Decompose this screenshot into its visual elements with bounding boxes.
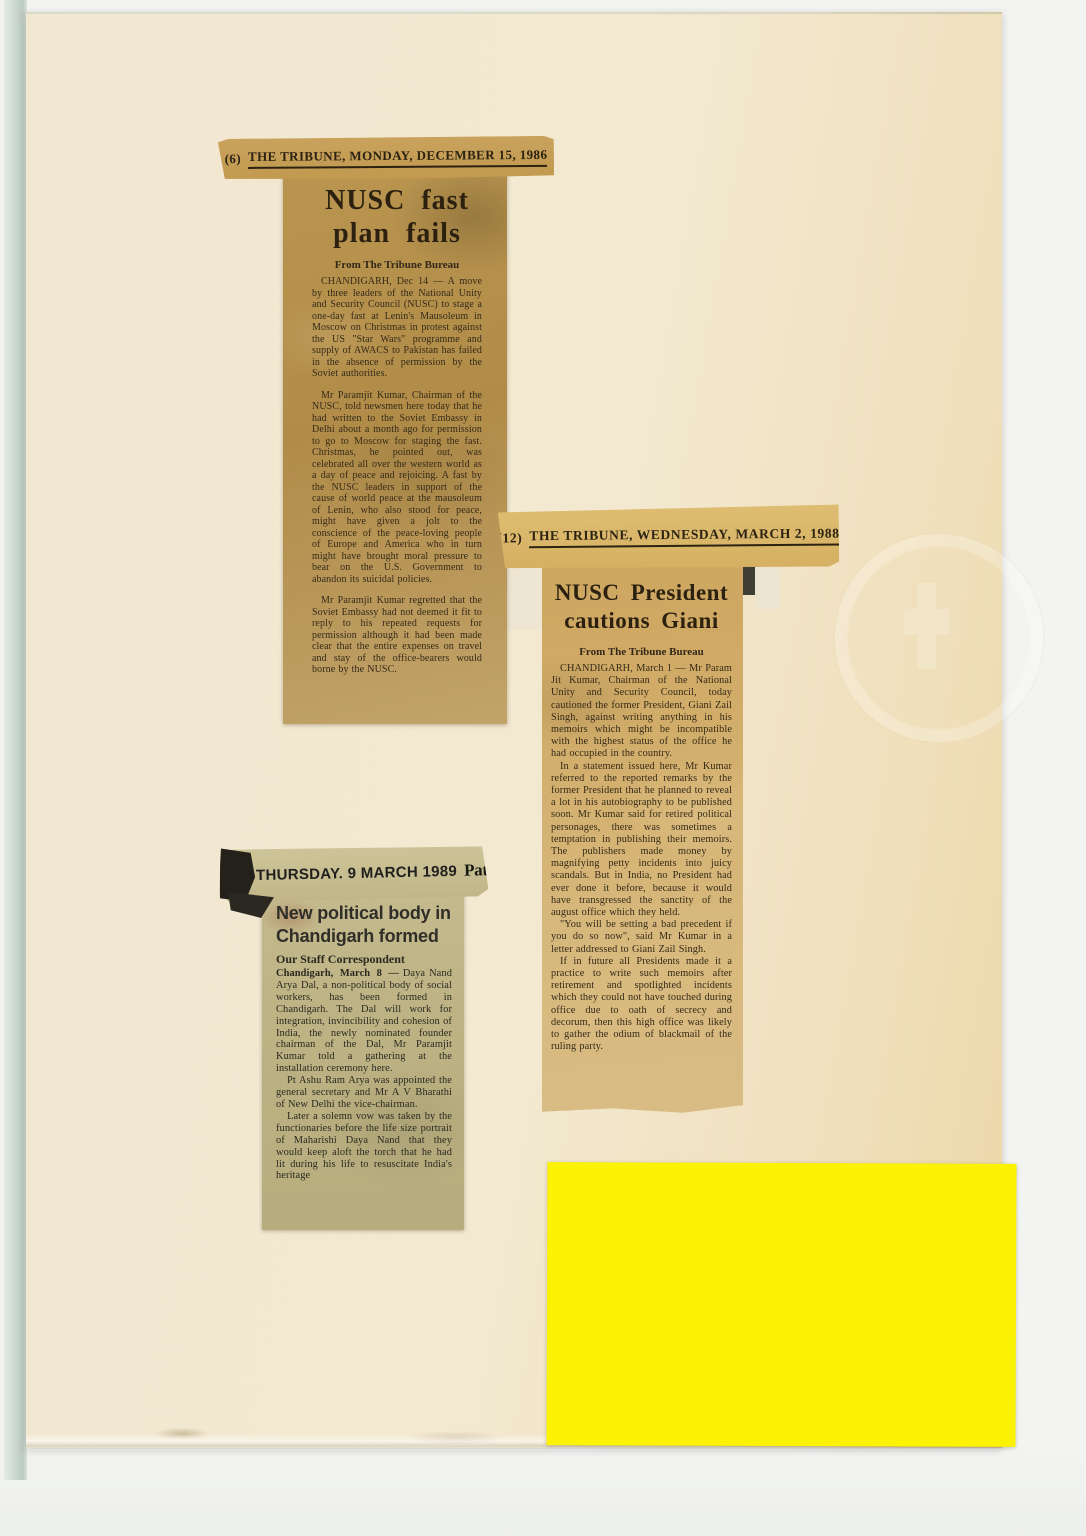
plastic-sleeve-edge bbox=[4, 0, 27, 1480]
headline-line: Chandigarh formed bbox=[276, 925, 452, 948]
header-date: THURSDAY. 9 MARCH 1989 bbox=[256, 862, 457, 883]
headline-line: NUSC fast bbox=[312, 184, 482, 217]
clipping-byline: From The Tribune Bureau bbox=[312, 259, 482, 271]
scanned-scrapbook-page: NUSC fast plan fails From The Tribune Bu… bbox=[0, 0, 1086, 1536]
clipping-paragraph: CHANDIGARH, Dec 14 — A move by three lea… bbox=[312, 276, 482, 380]
dateline: Chandigarh, March 8 — bbox=[276, 968, 399, 979]
clipping-headline: New political body in Chandigarh formed bbox=[276, 902, 452, 947]
headline-line: cautions Giani bbox=[551, 607, 732, 635]
clipping-tribune-1986: NUSC fast plan fails From The Tribune Bu… bbox=[283, 172, 507, 724]
clipping-header-tribune-1986: (6) THE TRIBUNE, MONDAY, DECEMBER 15, 19… bbox=[218, 136, 554, 180]
clipping-paragraph: Later a solemn vow was taken by the func… bbox=[276, 1111, 452, 1182]
clipping-headline: NUSC President cautions Giani bbox=[551, 579, 732, 635]
header-title: THE TRIBUNE, MONDAY, DECEMBER 15, 1986 bbox=[248, 147, 547, 169]
clipping-paragraph: Pt Ashu Ram Arya was appointed the gener… bbox=[276, 1075, 452, 1111]
header-index: (6) bbox=[225, 151, 241, 167]
clipping-paragraph: If in future all Presidents made it a pr… bbox=[551, 956, 732, 1054]
clipping-paragraph: Chandigarh, March 8 — Daya Nand Arya Dal… bbox=[276, 968, 452, 1075]
clipping-header-tribune-1988: (12) THE TRIBUNE, WEDNESDAY, MARCH 2, 19… bbox=[498, 505, 840, 570]
headline-line: NUSC President bbox=[551, 579, 732, 607]
clipping-headline: NUSC fast plan fails bbox=[312, 184, 482, 250]
clipping-paragraph: Mr Paramjit Kumar regretted that the Sov… bbox=[312, 595, 482, 676]
headline-line: plan fails bbox=[312, 217, 482, 250]
clipping-byline: Our Staff Correspondent bbox=[276, 952, 452, 967]
embossed-seal bbox=[835, 534, 1043, 742]
paragraph-text: Daya Nand Arya Dal, a non-political body… bbox=[276, 968, 452, 1074]
clipping-tribune-1988: NUSC President cautions Giani From The T… bbox=[542, 565, 743, 1115]
clipping-paragraph: CHANDIGARH, March 1 — Mr Param Jit Kumar… bbox=[551, 663, 732, 761]
header-title: THE TRIBUNE, WEDNESDAY, MARCH 2, 1988 bbox=[529, 526, 839, 549]
clipping-patriot-1989: New political body in Chandigarh formed … bbox=[262, 882, 464, 1230]
yellow-note-card bbox=[547, 1162, 1017, 1447]
clipping-back-paper bbox=[755, 567, 781, 609]
clipping-paragraph: "You will be setting a bad precedent if … bbox=[551, 919, 732, 956]
clipping-header-patriot-1989: THURSDAY. 9 MARCH 1989 Patriot bbox=[221, 844, 488, 902]
headline-line: New political body in bbox=[276, 902, 452, 925]
clipping-paragraph: In a statement issued here, Mr Kumar ref… bbox=[551, 761, 732, 920]
header-paper-name: Patriot bbox=[464, 860, 513, 881]
clipping-byline: From The Tribune Bureau bbox=[551, 646, 732, 658]
clipping-paragraph: Mr Paramjit Kumar, Chairman of the NUSC,… bbox=[312, 390, 482, 586]
